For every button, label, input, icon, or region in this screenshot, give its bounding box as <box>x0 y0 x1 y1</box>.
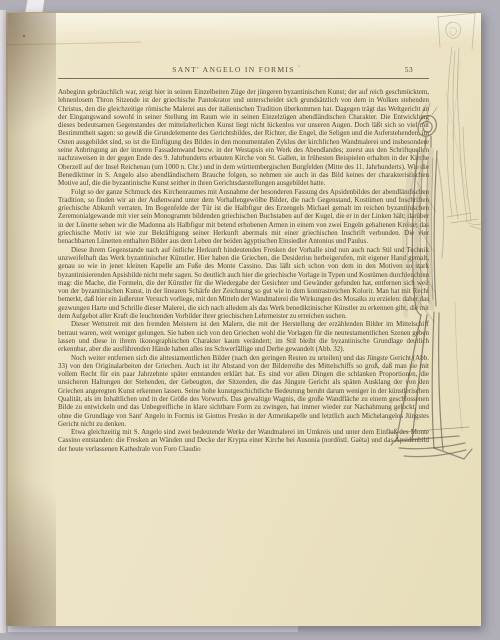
text-block: SANT' ANGELO IN FORMIS 53 Anbeginn gebrä… <box>58 65 429 453</box>
book-gutter-shadow <box>6 13 56 626</box>
paragraph: Dieser Wettstreit mit den fremden Meiste… <box>58 320 429 353</box>
paragraph: Noch weiter entfernen sich die alttestam… <box>58 354 429 429</box>
paragraph: Folgt so der ganze Schmuck des Kirchenra… <box>58 188 429 246</box>
paragraph: Anbeginn gebräuchlich war, zeigt hier in… <box>58 88 429 188</box>
page-title: SANT' ANGELO IN FORMIS <box>58 65 409 74</box>
header-rule <box>58 78 429 79</box>
paragraph: Diese ihrem Gegenstande nach auf östlich… <box>58 246 429 321</box>
page-top-sheen <box>6 13 481 43</box>
running-header: SANT' ANGELO IN FORMIS 53 <box>58 65 429 75</box>
body-text: Anbeginn gebräuchlich war, zeigt hier in… <box>58 88 429 453</box>
paragraph: Etwa gleichzeitig mit S. Angelo sind zwe… <box>58 428 429 453</box>
paper-speck <box>23 35 25 37</box>
book-page: SANT' ANGELO IN FORMIS 53 Anbeginn gebrä… <box>6 12 481 626</box>
page-number: 53 <box>405 65 413 74</box>
